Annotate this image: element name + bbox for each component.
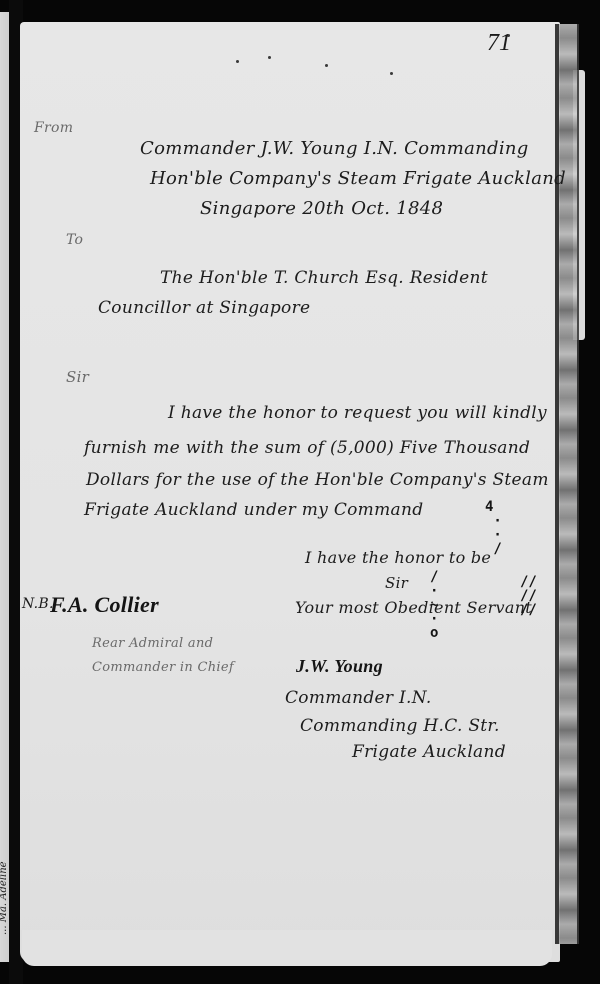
to-line-1: The Hon'ble T. Church Esq. Resident (160, 268, 488, 288)
margin-title-line-1: Rear Admiral and (92, 636, 213, 651)
closing-line-1: I have the honor to be (305, 548, 491, 567)
paper-speck (236, 60, 239, 63)
paper-speck (268, 56, 271, 59)
from-line-3-date: Singapore 20th Oct. 1848 (200, 198, 443, 219)
to-label: To (66, 232, 83, 248)
from-line-1: Commander J.W. Young I.N. Commanding (140, 138, 529, 159)
closing-line-2: Sir (385, 574, 408, 592)
ink-bleed-marks: 4 · · / (485, 500, 502, 556)
body-line-1: I have the honor to request you will kin… (168, 403, 547, 423)
signer-command: Commanding H.C. Str. (300, 716, 500, 736)
letter-page (20, 22, 560, 962)
salutation: Sir (66, 368, 89, 386)
from-label: From (34, 120, 73, 136)
body-line-2: furnish me with the sum of (5,000) Five … (84, 438, 530, 458)
margin-title-line-2: Commander in Chief (92, 660, 234, 675)
to-line-2: Councillor at Singapore (98, 298, 310, 318)
margin-signature: F.A. Collier (50, 592, 159, 618)
signer-signature: J.W. Young (296, 656, 383, 677)
ink-bleed-marks: // // // (520, 575, 537, 617)
paper-speck (325, 64, 328, 67)
margin-note-prefix: N.B. (22, 596, 54, 612)
page-number: 71 (487, 30, 511, 57)
book-binding-edge (555, 24, 579, 944)
signer-rank: Commander I.N. (285, 688, 432, 708)
page-bottom-edge (22, 930, 552, 966)
signer-ship: Frigate Auckland (352, 742, 506, 762)
ink-bleed-marks: / · ~ · o (430, 570, 438, 640)
body-line-3: Dollars for the use of the Hon'ble Compa… (86, 470, 549, 490)
from-line-2: Hon'ble Company's Steam Frigate Auckland (150, 168, 566, 189)
closing-line-3: Your most Obedient Servant (295, 598, 532, 617)
body-line-4: Frigate Auckland under my Command (84, 500, 423, 520)
paper-speck (390, 72, 393, 75)
document-scan: ... Ma. Adeline 71 From Commander J.W. Y… (0, 0, 600, 984)
